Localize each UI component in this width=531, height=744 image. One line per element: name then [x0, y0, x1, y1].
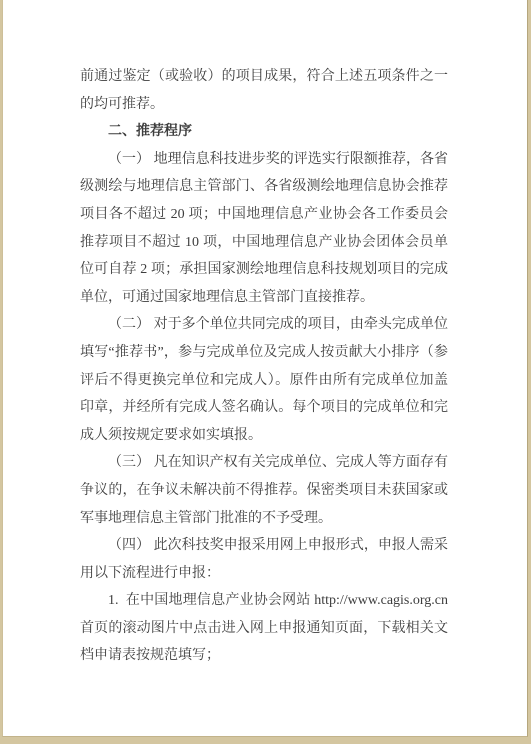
- paragraph-item-3: （三） 凡在知识产权有关完成单位、完成人等方面存有争议的，在争议未解决前不得推荐…: [80, 449, 448, 532]
- numbered-step-1: 1. 在中国地理信息产业协会网站 http://www.cagis.org.cn…: [80, 587, 448, 670]
- document-text-block: 前通过鉴定（或验收）的项目成果，符合上述五项条件之一的均可推荐。 二、推荐程序 …: [80, 63, 448, 670]
- section-heading: 二、推荐程序: [80, 118, 448, 146]
- paragraph-item-4: （四） 此次科技奖申报采用网上申报形式，申报人需采用以下流程进行申报：: [80, 532, 448, 587]
- document-page: 前通过鉴定（或验收）的项目成果，符合上述五项条件之一的均可推荐。 二、推荐程序 …: [2, 0, 528, 737]
- paragraph-item-1: （一） 地理信息科技进步奖的评选实行限额推荐，各省级测绘与地理信息主管部门、各省…: [80, 146, 448, 312]
- document-viewer: { "colors": { "background": "#d4c6a0", "…: [0, 0, 531, 744]
- paragraph-item-2: （二） 对于多个单位共同完成的项目，由牵头完成单位填写“推荐书”，参与完成单位及…: [80, 311, 448, 449]
- paragraph-continuation: 前通过鉴定（或验收）的项目成果，符合上述五项条件之一的均可推荐。: [80, 63, 448, 118]
